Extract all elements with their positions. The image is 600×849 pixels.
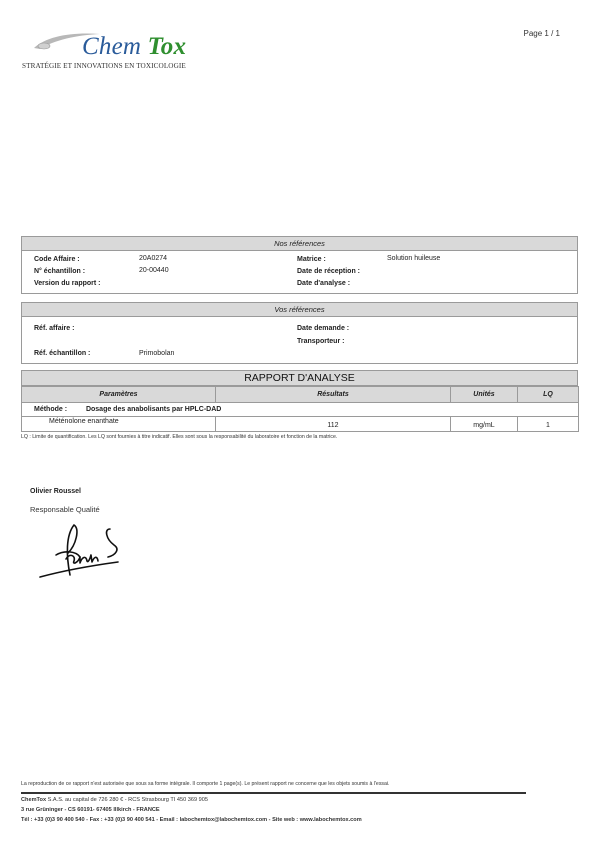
footer-company-name: ChemTox <box>21 797 46 803</box>
footer-company-details: S.A.S. au capital de 726 280 € - RCS Str… <box>46 797 208 803</box>
transporteur-label: Transporteur : <box>297 338 344 345</box>
date-demande-label: Date demande : <box>297 325 349 332</box>
vos-references-title: Vos références <box>22 303 577 317</box>
footer-disclaimer: La reproduction de ce rapport n'est auto… <box>21 781 390 787</box>
vos-references-section: Vos références Réf. affaire : Réf. échan… <box>21 302 578 364</box>
logo-tox: Tox <box>148 33 187 60</box>
method-label: Méthode : <box>34 406 84 413</box>
method-cell: Méthode : Dosage des anabolisants par HP… <box>22 403 579 417</box>
footer-divider <box>21 792 526 794</box>
signature-icon <box>36 515 136 585</box>
method-value: Dosage des anabolisants par HPLC-DAD <box>86 406 221 413</box>
column-header-unites: Unités <box>451 387 518 403</box>
column-header-lq: LQ <box>518 387 579 403</box>
logo-chem: Chem <box>82 33 141 60</box>
unit-cell: mg/mL <box>451 417 518 432</box>
version-rapport-label: Version du rapport : <box>34 280 101 287</box>
ref-affaire-label: Réf. affaire : <box>34 325 74 332</box>
results-table: Paramètres Résultats Unités LQ Méthode :… <box>21 386 579 432</box>
logo-tagline: STRATÉGIE ET INNOVATIONS EN TOXICOLOGIE <box>22 62 186 70</box>
method-row: Méthode : Dosage des anabolisants par HP… <box>22 403 579 417</box>
footer-contact: Tél : +33 (0)3 90 400 540 - Fax : +33 (0… <box>21 817 362 823</box>
column-header-parametres: Paramètres <box>22 387 216 403</box>
column-header-resultats: Résultats <box>216 387 451 403</box>
footer-company: ChemTox S.A.S. au capital de 726 280 € -… <box>21 797 208 803</box>
logo-wordmark: Chem Tox <box>82 33 186 61</box>
footer-address: 3 rue Grüninger - CS 60191- 67405 Illkir… <box>21 807 160 813</box>
matrice-value: Solution huileuse <box>387 255 440 262</box>
rapport-analyse-section: RAPPORT D'ANALYSE Paramètres Résultats U… <box>21 370 578 432</box>
table-row: Méténolone enanthate 112 mg/mL 1 <box>22 417 579 432</box>
page-number: Page 1 / 1 <box>524 29 560 38</box>
nos-references-section: Nos références Code Affaire : 20A0274 N°… <box>21 236 578 294</box>
matrice-label: Matrice : <box>297 256 326 263</box>
code-affaire-value: 20A0274 <box>139 255 167 262</box>
nos-references-title: Nos références <box>22 237 577 251</box>
date-reception-label: Date de réception : <box>297 268 360 275</box>
date-analyse-label: Date d'analyse : <box>297 280 350 287</box>
ref-echantillon-value: Primobolan <box>139 350 174 357</box>
rapport-title: RAPPORT D'ANALYSE <box>21 370 578 386</box>
numero-echantillon-value: 20-00440 <box>139 267 169 274</box>
code-affaire-label: Code Affaire : <box>34 256 80 263</box>
ref-echantillon-label: Réf. échantillon : <box>34 350 90 357</box>
lq-cell: 1 <box>518 417 579 432</box>
parameter-cell: Méténolone enanthate <box>22 417 216 432</box>
lq-note: LQ : Limite de quantification. Les LQ so… <box>21 434 337 440</box>
signatory-name: Olivier Roussel <box>30 488 81 495</box>
chemtox-logo: Chem Tox STRATÉGIE ET INNOVATIONS EN TOX… <box>22 28 192 74</box>
table-header-row: Paramètres Résultats Unités LQ <box>22 387 579 403</box>
signatory-role: Responsable Qualité <box>30 505 100 514</box>
result-cell: 112 <box>216 417 451 432</box>
numero-echantillon-label: N° échantillon : <box>34 268 85 275</box>
